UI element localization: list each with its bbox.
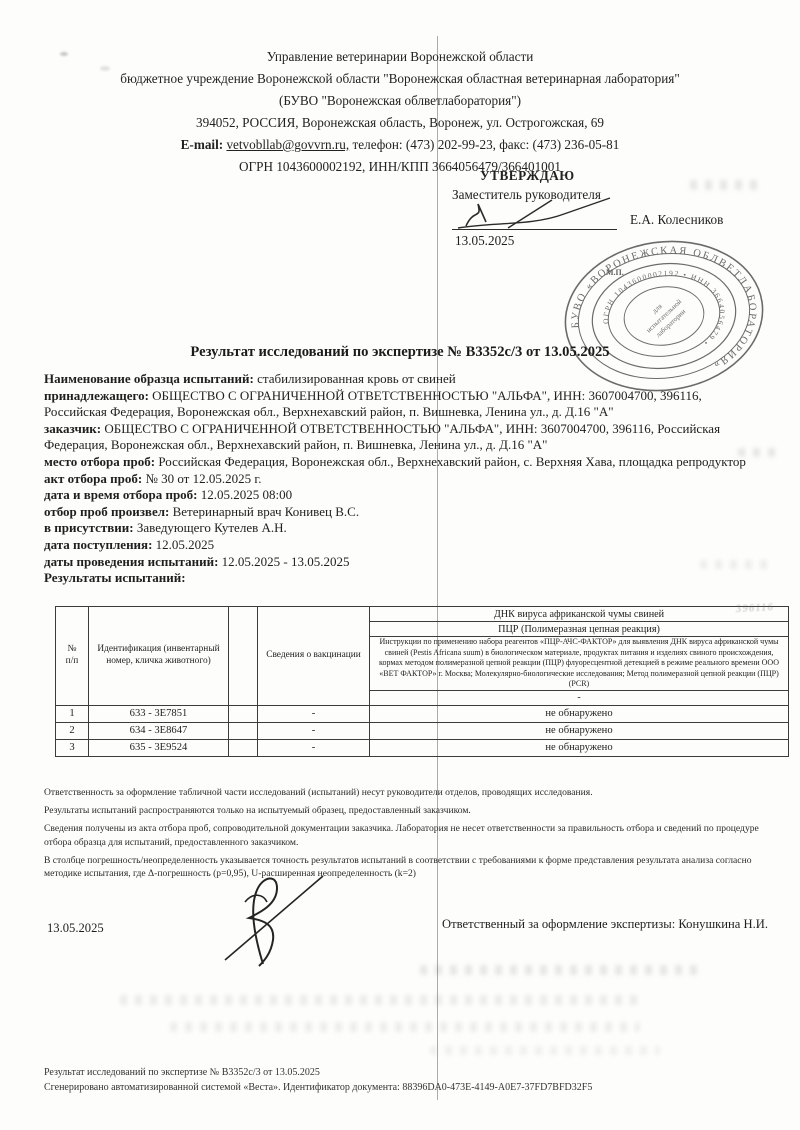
signoff-date: 13.05.2025 xyxy=(47,921,104,936)
signature-line xyxy=(452,229,617,230)
footnote: Сведения получены из акта отбора проб, с… xyxy=(44,822,768,849)
ghost-smudge xyxy=(430,1046,660,1055)
detail-value: 12.05.2025 08:00 xyxy=(198,487,293,502)
approver-signature xyxy=(452,196,622,230)
detail-label: принадлежащего: xyxy=(44,388,149,403)
detail-row: Наименование образца испытаний: стабилиз… xyxy=(44,371,760,388)
cell-number: 1 xyxy=(56,705,89,722)
detail-label: даты проведения испытаний: xyxy=(44,554,218,569)
detail-row: место отбора проб: Российская Федерация,… xyxy=(44,454,760,471)
column-header-empty xyxy=(229,607,258,706)
detail-row: в присутствии: Заведующего Кутелев А.Н. xyxy=(44,520,760,537)
org-address: 394052, РОССИЯ, Воронежская область, Вор… xyxy=(40,112,760,134)
detail-label: дата и время отбора проб: xyxy=(44,487,198,502)
cell-vaccination: - xyxy=(258,722,370,739)
scanned-document-page: Управление ветеринарии Воронежской облас… xyxy=(0,0,800,1130)
detail-row: даты проведения испытаний: 12.05.2025 - … xyxy=(44,554,760,571)
cell-number: 3 xyxy=(56,739,89,756)
detail-value: ОБЩЕСТВО С ОГРАНИЧЕННОЙ ОТВЕТСТВЕННОСТЬЮ… xyxy=(44,421,720,453)
detail-row: дата поступления: 12.05.2025 xyxy=(44,537,760,554)
footer-expertise-ref: Результат исследований по экспертизе № В… xyxy=(44,1065,774,1080)
org-contacts: E-mail: vetvobllab@govvrn.ru, телефон: (… xyxy=(40,134,760,156)
detail-label: акт отбора проб: xyxy=(44,471,142,486)
detail-label: Наименование образца испытаний: xyxy=(44,371,254,386)
detail-row: акт отбора проб: № 30 от 12.05.2025 г. xyxy=(44,471,760,488)
detail-value: Заведующего Кутелев А.Н. xyxy=(134,520,287,535)
phone-fax: телефон: (473) 202-99-23, факс: (473) 23… xyxy=(353,137,620,152)
letterhead: Управление ветеринарии Воронежской облас… xyxy=(40,46,760,178)
detail-label: место отбора проб: xyxy=(44,454,155,469)
footnotes: Ответственность за оформление табличной … xyxy=(44,786,768,885)
email-label: E-mail: xyxy=(181,137,224,152)
detail-label: дата поступления: xyxy=(44,537,152,552)
org-short-name: (БУВО "Воронежская облветлаборатория") xyxy=(40,90,760,112)
detail-value: 12.05.2025 xyxy=(152,537,214,552)
results-table: № п/п Идентификация (инвентарный номер, … xyxy=(55,606,789,757)
column-header-identification: Идентификация (инвентарный номер, кличка… xyxy=(89,607,229,706)
responsible-signature xyxy=(205,868,335,968)
cell-empty xyxy=(229,739,258,756)
detail-label: заказчик: xyxy=(44,421,101,436)
document-footer: Результат исследований по экспертизе № В… xyxy=(44,1065,774,1095)
approver-name: Е.А. Колесников xyxy=(630,212,723,228)
approve-label: УТВЕРЖДАЮ xyxy=(480,168,782,184)
column-header-vaccination: Сведения о вакцинации xyxy=(258,607,370,706)
detail-row: Результаты испытаний: xyxy=(44,570,760,587)
result-header-method-description: Инструкции по применению набора реагенто… xyxy=(370,637,789,691)
cell-identification: 635 - 3Е9524 xyxy=(89,739,229,756)
table-row: 1 633 - 3Е7851 - не обнаружено xyxy=(56,705,789,722)
document-title: Результат исследований по экспертизе № В… xyxy=(40,344,760,361)
cell-number: 2 xyxy=(56,722,89,739)
detail-value: Ветеринарный врач Конивец В.С. xyxy=(169,504,359,519)
result-header-disease: ДНК вируса африканской чумы свиней xyxy=(370,607,789,622)
table-row: 3 635 - 3Е9524 - не обнаружено xyxy=(56,739,789,756)
detail-row: отбор проб произвел: Ветеринарный врач К… xyxy=(44,504,760,521)
responsible-person: Ответственный за оформление экспертизы: … xyxy=(442,917,768,932)
result-header-dash: - xyxy=(370,690,789,705)
cell-identification: 633 - 3Е7851 xyxy=(89,705,229,722)
approval-date: 13.05.2025 xyxy=(455,233,514,249)
detail-value: стабилизированная кровь от свиней xyxy=(254,371,456,386)
footer-generated-info: Сгенерировано автоматизированной системо… xyxy=(44,1080,774,1095)
detail-value: № 30 от 12.05.2025 г. xyxy=(142,471,261,486)
detail-row: дата и время отбора проб: 12.05.2025 08:… xyxy=(44,487,760,504)
results-table-wrap: 396116 № п/п Идентификация (инвентарный … xyxy=(55,606,788,757)
detail-row: заказчик: ОБЩЕСТВО С ОГРАНИЧЕННОЙ ОТВЕТС… xyxy=(44,421,760,454)
ghost-smudge xyxy=(170,1022,640,1032)
sample-details: Наименование образца испытаний: стабилиз… xyxy=(44,371,760,587)
footnote: В столбце погрешность/неопределенность у… xyxy=(44,854,768,881)
ghost-smudge xyxy=(120,995,640,1005)
email-address: vetvobllab@govvrn.ru, xyxy=(226,137,349,152)
stamp-mp-label: М.П. xyxy=(606,268,624,277)
ghost-smudge xyxy=(420,965,700,975)
cell-identification: 634 - 3Е8647 xyxy=(89,722,229,739)
result-header-method-name: ПЦР (Полимеразная цепная реакция) xyxy=(370,622,789,637)
detail-label: Результаты испытаний: xyxy=(44,570,186,585)
column-header-number: № п/п xyxy=(56,607,89,706)
detail-label: в присутствии: xyxy=(44,520,134,535)
cell-result: не обнаружено xyxy=(370,705,789,722)
detail-value: Российская Федерация, Воронежская обл., … xyxy=(155,454,746,469)
cell-vaccination: - xyxy=(258,705,370,722)
detail-value: 12.05.2025 - 13.05.2025 xyxy=(218,554,349,569)
org-full-name: бюджетное учреждение Воронежской области… xyxy=(40,68,760,90)
org-parent-name: Управление ветеринарии Воронежской облас… xyxy=(40,46,760,68)
cell-result: не обнаружено xyxy=(370,722,789,739)
detail-row: принадлежащего: ОБЩЕСТВО С ОГРАНИЧЕННОЙ … xyxy=(44,388,760,421)
cell-result: не обнаружено xyxy=(370,739,789,756)
ghost-handwritten-note: 396116 xyxy=(735,602,774,615)
cell-empty xyxy=(229,705,258,722)
footnote: Результаты испытаний распространяются то… xyxy=(44,804,768,818)
cell-vaccination: - xyxy=(258,739,370,756)
table-row: 2 634 - 3Е8647 - не обнаружено xyxy=(56,722,789,739)
detail-label: отбор проб произвел: xyxy=(44,504,169,519)
footnote: Ответственность за оформление табличной … xyxy=(44,786,768,800)
cell-empty xyxy=(229,722,258,739)
